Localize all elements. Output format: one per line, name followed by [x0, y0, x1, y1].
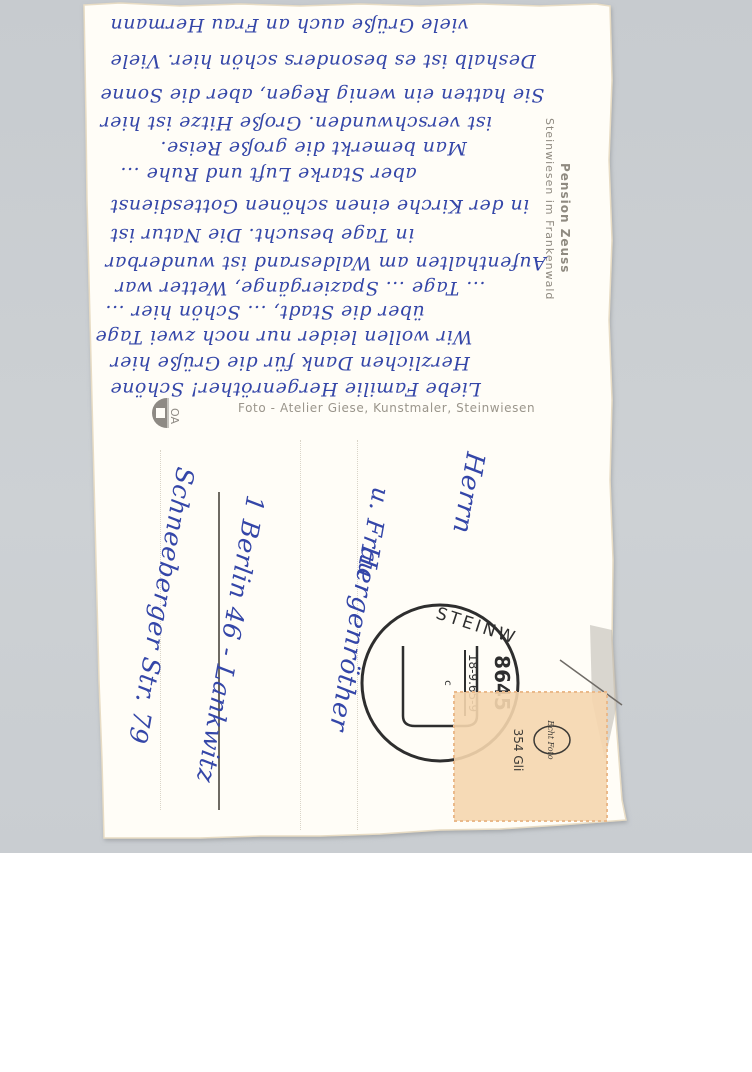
stamp: Echt Foto 354 Gli — [452, 690, 609, 823]
message-line: Aufenthalten am Waldesrand ist wunderbar — [105, 252, 546, 274]
message-line: in der Kirche einen schönen Gottesdienst — [110, 195, 529, 217]
message-line: Sie hatten ein wenig Regen, aber die Son… — [100, 84, 544, 106]
stamp-label: 354 Gli — [511, 729, 525, 772]
message-line: über die Stadt, ... Schön hier ... — [105, 301, 425, 323]
message-line: Deshalb ist es besonders schön hier. Vie… — [110, 50, 536, 72]
svg-text:OA: OA — [168, 408, 181, 424]
message-line: Man bemerkt die große Reise. — [160, 137, 467, 159]
postcard: Pension Zeuss Steinwiesen im Frankenwald… — [0, 0, 752, 853]
message-line: Wir wollen leider nur noch zwei Tage — [95, 326, 472, 348]
message-line: viele Grüße auch an Frau Hermann — [110, 14, 469, 36]
message-line: in Tage besucht. Die Natur ist — [110, 224, 414, 246]
printed-header-line1: Pension Zeuss — [558, 163, 572, 273]
message-line: ... Tage ... Spaziergänge, Wetter war — [115, 277, 485, 299]
postmark-town: STEINW — [433, 604, 520, 649]
address-line-guide — [300, 440, 301, 830]
message-line: Herzlichen Dank für die Grüße hier — [110, 352, 470, 374]
stamp-logo-text: Echt Foto — [546, 719, 555, 759]
message-line: aber Starke Luft und Ruhe ... — [120, 163, 417, 185]
message-line: ist verschwunden. Große Hitze ist hier — [100, 112, 492, 134]
publisher-line: Foto - Atelier Giese, Kunstmaler, Steinw… — [238, 401, 535, 415]
postmark-letter: c — [442, 680, 453, 686]
publisher-logo-icon: OA — [150, 396, 188, 430]
